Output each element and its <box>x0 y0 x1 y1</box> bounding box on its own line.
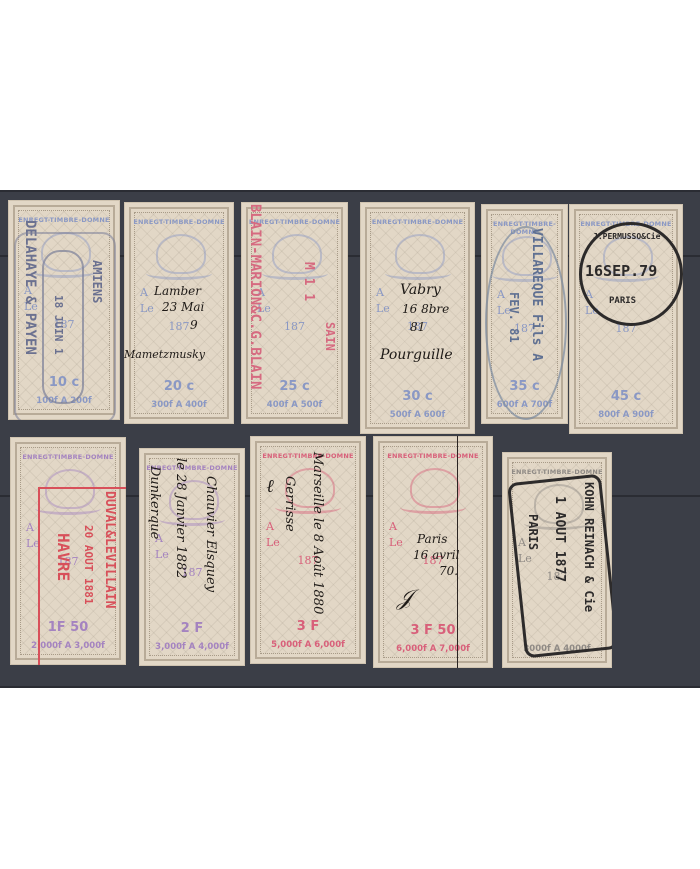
stamp-value: 3 F <box>250 619 366 634</box>
coat-of-arms-icon <box>383 228 453 280</box>
stamp-value: 3 F 50 <box>373 623 493 638</box>
stamp-year: 187 <box>139 566 245 579</box>
stamp-range: 500f A 600f <box>360 410 475 420</box>
stockcard-strip <box>0 686 700 688</box>
stamp-label-a: A <box>266 520 274 533</box>
stamp-header: ENREGT-TIMBRE-DOMNE <box>250 452 366 460</box>
stamp: ENREGT-TIMBRE-DOMNE A Le 187 2 F 3,000f … <box>139 448 245 666</box>
stamp-range: 6,000f A 7,000f <box>373 644 493 654</box>
stamp-range: 400f A 500f <box>241 400 348 410</box>
stamp: ENREGT-TIMBRE-DOMNE A Le 187 3 F 50 6,00… <box>373 436 493 668</box>
stamp-label-a: A <box>389 520 397 533</box>
stamp-label-le: Le <box>140 302 154 315</box>
stamp-value: 20 c <box>124 379 234 394</box>
stamp-range: 300f A 400f <box>124 400 234 410</box>
stamp-label-le: Le <box>389 536 403 549</box>
coat-of-arms-icon <box>260 228 330 280</box>
stamp: ENREGT-TIMBRE-DOMNE A Le 187 25 c 400f A… <box>241 202 348 424</box>
stockcard-strip <box>0 190 700 192</box>
stamp-value: 45 c <box>569 389 683 404</box>
stamp-label-le: Le <box>376 302 390 315</box>
stamp: ENREGT-TIMBRE-DOMNE A Le 187 3 F 5,000f … <box>250 436 366 664</box>
stamp-value: 30 c <box>360 389 475 404</box>
stamp-range: 800f A 900f <box>569 410 683 420</box>
stamp-range: 3,000f A 4,000f <box>139 642 245 652</box>
stamp-year: 187 <box>124 320 234 333</box>
stamp-year: 187 <box>250 554 366 567</box>
stamp-label-a: A <box>26 521 34 534</box>
stamp-label-a: A <box>140 286 148 299</box>
stamp-range: 5,000f A 6,000f <box>250 640 366 650</box>
stamp: ENREGT-TIMBRE-DOMNE A Le 187 30 c 500f A… <box>360 202 475 434</box>
stamp-header: ENREGT-TIMBRE-DOMNE <box>124 218 234 226</box>
stamp-label-le: Le <box>266 536 280 549</box>
coat-of-arms-icon <box>144 228 214 280</box>
stamp: ENREGT-TIMBRE-DOMNE A Le 187 3000f A 400… <box>502 452 612 668</box>
stamp-header: ENREGT-TIMBRE-DOMNE <box>360 218 475 226</box>
stamp: ENREGT-TIMBRE-DOMNE A Le 187 20 c 300f A… <box>124 202 234 424</box>
stamp-label-le: Le <box>155 548 169 561</box>
stamp: ENREGT-TIMBRE-DOMNE A Le 187 45 c 800f A… <box>569 204 683 434</box>
stamp-header: ENREGT-TIMBRE-DOMNE <box>10 453 126 461</box>
stamp-value: 2 F <box>139 621 245 636</box>
stamp: ENREGT-TIMBRE-DOMNE A Le 187 35 c 600f A… <box>481 204 568 424</box>
stamp: ENREGT-TIMBRE-DOMNE A Le 187 10 c 100f A… <box>8 200 120 420</box>
stamp-label-a: A <box>376 286 384 299</box>
stamp: ENREGT-TIMBRE-DOMNE A Le 187 1F 50 2,000… <box>10 437 126 665</box>
stamp-header: ENREGT-TIMBRE-DOMNE <box>373 452 493 460</box>
